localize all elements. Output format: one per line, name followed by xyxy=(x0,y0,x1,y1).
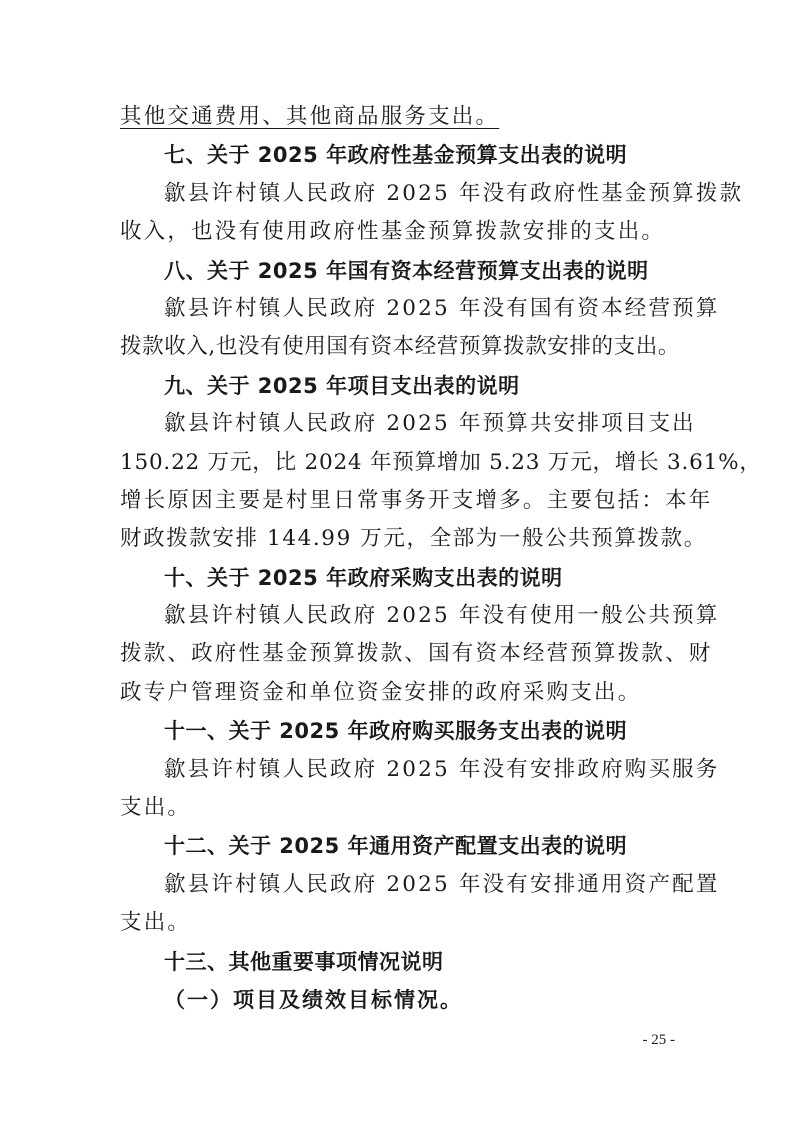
paragraph-line: 支出。 xyxy=(120,789,674,827)
paragraph-line: 歙县许村镇人民政府 2025 年没有使用一般公共预算 xyxy=(120,597,674,635)
section-heading-13: 十三、其他重要事项情况说明 xyxy=(120,943,674,981)
subsection-heading-1: （一）项目及绩效目标情况。 xyxy=(120,981,674,1019)
page-number: - 25 - xyxy=(643,1032,676,1049)
paragraph-line: 收入，也没有使用政府性基金预算拨款安排的支出。 xyxy=(120,213,674,251)
paragraph-line: 歙县许村镇人民政府 2025 年没有安排通用资产配置 xyxy=(120,866,674,904)
body-line-continuation: 其他交通费用、其他商品服务支出。 xyxy=(120,98,674,136)
section-heading-12: 十二、关于 2025 年通用资产配置支出表的说明 xyxy=(120,827,674,865)
section-heading-11: 十一、关于 2025 年政府购买服务支出表的说明 xyxy=(120,712,674,750)
paragraph-line: 支出。 xyxy=(120,904,674,942)
section-heading-8: 八、关于 2025 年国有资本经营预算支出表的说明 xyxy=(120,252,674,290)
underlined-text: 其他交通费用、其他商品服务支出。 xyxy=(120,104,499,129)
section-heading-10: 十、关于 2025 年政府采购支出表的说明 xyxy=(120,559,674,597)
paragraph-line: 歙县许村镇人民政府 2025 年没有国有资本经营预算 xyxy=(120,290,674,328)
section-heading-9: 九、关于 2025 年项目支出表的说明 xyxy=(120,367,674,405)
paragraph-line: 拨款、政府性基金预算拨款、国有资本经营预算拨款、财 xyxy=(120,635,674,673)
paragraph-line: 歙县许村镇人民政府 2025 年没有安排政府购买服务 xyxy=(120,751,674,789)
paragraph-line: 歙县许村镇人民政府 2025 年没有政府性基金预算拨款 xyxy=(120,175,674,213)
paragraph-line: 政专户管理资金和单位资金安排的政府采购支出。 xyxy=(120,674,674,712)
document-page: 其他交通费用、其他商品服务支出。 七、关于 2025 年政府性基金预算支出表的说… xyxy=(120,98,674,1019)
paragraph-line: 150.22 万元，比 2024 年预算增加 5.23 万元，增长 3.61%， xyxy=(120,444,674,482)
section-heading-7: 七、关于 2025 年政府性基金预算支出表的说明 xyxy=(120,136,674,174)
paragraph-line: 拨款收入,也没有使用国有资本经营预算拨款安排的支出。 xyxy=(120,328,674,366)
paragraph-line: 歙县许村镇人民政府 2025 年预算共安排项目支出 xyxy=(120,405,674,443)
paragraph-line: 财政拨款安排 144.99 万元，全部为一般公共预算拨款。 xyxy=(120,520,674,558)
paragraph-line: 增长原因主要是村里日常事务开支增多。主要包括：本年 xyxy=(120,482,674,520)
